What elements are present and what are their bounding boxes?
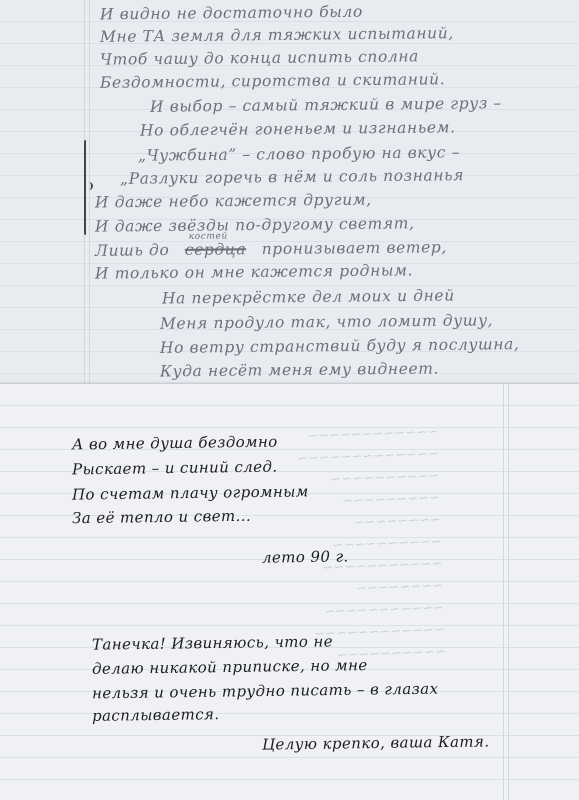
poem-line: Чтоб чашу до конца испить сполна xyxy=(100,47,419,68)
poem-line: Но облегчён гоненьем и изгнаньем. xyxy=(140,118,456,139)
poem-line: Но ветру странствий буду я послушна, xyxy=(160,335,520,357)
signature: Целую крепко, ваша Катя. xyxy=(262,732,490,753)
correction-insert: костей xyxy=(189,231,228,241)
note-line: нельзя и очень трудно писать – в глазах xyxy=(92,680,439,703)
margin-bracket-mark xyxy=(84,140,92,235)
poem-line: И даже небо кажется другим, xyxy=(95,191,372,212)
note-line: расплывается. xyxy=(92,705,220,725)
margin-line xyxy=(503,384,509,800)
poem-line: На перекрёстке дел моих и дней xyxy=(162,286,455,307)
correction: костей сердца xyxy=(185,240,246,259)
poem-line: По счетам плачу огромным xyxy=(72,482,309,503)
poem-date: лето 90 г. xyxy=(262,547,349,566)
poem-line: И видно не достаточно было xyxy=(100,3,363,24)
poem-line: И даже звёзды по-другому светят, xyxy=(95,214,415,235)
poem-line: „Разлуки горечь в нём и соль познанья xyxy=(120,166,464,188)
poem-line: Куда несёт меня ему виднеет. xyxy=(160,360,439,381)
bottom-sheet: ~~~~~~~~~~~~~~~~~~~~~~~~~~~~~~~~~~~~~~~~… xyxy=(0,383,579,800)
note-line: делаю никакой приписке, но мне xyxy=(92,656,368,678)
poem-line: Рыскает – и синий след. xyxy=(72,458,278,479)
poem-line: И выбор – самый тяжкий в мире груз – xyxy=(150,94,502,116)
poem-line: А во мне душа бездомно xyxy=(72,433,278,454)
poem-line: Меня продуло так, что ломит душу, xyxy=(160,311,493,332)
poem-line: „Чужбина” – слово пробую на вкус – xyxy=(138,143,460,164)
poem-line-end: пронизывает ветер, xyxy=(262,238,447,258)
top-sheet: И видно не достаточно было Мне ТА земля … xyxy=(0,0,579,386)
poem-line: Бездомности, сиротства и скитаний. xyxy=(100,70,445,92)
note-line: Танечка! Извиняюсь, что не xyxy=(92,632,333,653)
poem-line: За её тепло и свет... xyxy=(72,507,251,527)
bleed-through-text: ~~~~~~~~~~~~~~~~~~~~~~~~~~~~~~~~~~~~~~~~… xyxy=(296,422,446,669)
poem-line: Лишь до костей сердца пронизывает ветер, xyxy=(95,238,447,260)
correction-struck: сердца xyxy=(185,240,246,259)
poem-line-start: Лишь до xyxy=(95,241,170,260)
poem-line: И только он мне кажется родным. xyxy=(95,261,413,282)
poem-line: Мне ТА земля для тяжких испытаний, xyxy=(100,24,454,46)
